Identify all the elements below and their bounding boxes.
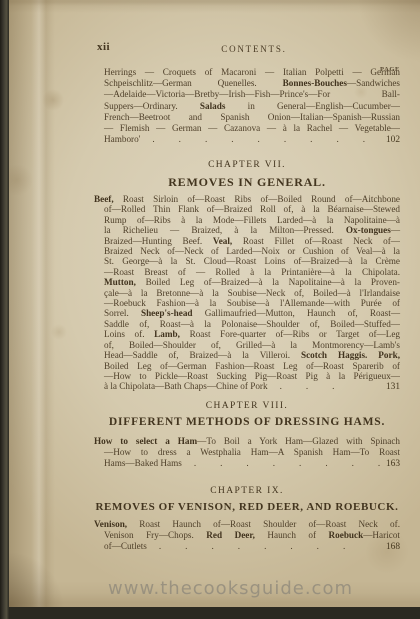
toc-line: of—Rolled Thin Flank of—Braized Roll of,… [104, 204, 400, 214]
toc-line: of—Cutlets........168 [104, 541, 400, 553]
toc-line: —How to Pickle—Roast Sucking Pig—Roast P… [104, 371, 400, 381]
chapter-vii-heading: CHAPTER VII. REMOVES IN GENERAL. [94, 160, 400, 190]
toc-line: Suppers—Ordinary. Salads in General—Engl… [104, 101, 400, 112]
book-page: xii CONTENTS. PAGE Herrings — Croquets o… [9, 0, 420, 607]
dot-leader: ........ [182, 458, 382, 469]
toc-line: Schpeischlitz—German Quenelles. Bonnes-B… [104, 78, 400, 89]
toc-line: Hams—Baked Hams........163 [104, 458, 400, 470]
toc-paragraph-venison: Venison, Roast Haunch of—Roast Shoulder … [104, 519, 400, 554]
toc-paragraph-continuation: Herrings — Croquets of Macaroni — Italia… [104, 67, 400, 146]
toc-line: —Roast Breast of — Rolled à la Printaniè… [104, 267, 400, 277]
toc-paragraph-removes-in-general: Beef, Roast Sirloin of—Roast Ribs of—Boi… [104, 194, 400, 393]
toc-line: —Roebuck Fashion—à la Soubise—à l'Allema… [104, 298, 400, 308]
page-number: 168 [382, 542, 400, 553]
toc-line: Beef, Roast Sirloin of—Roast Ribs of—Boi… [94, 194, 400, 204]
toc-line: Venison, Roast Haunch of—Roast Shoulder … [94, 519, 400, 530]
toc-line: —Adelaide—Victoria—Bretby—Irish—Fish—Pri… [104, 89, 400, 100]
chapter-ix-heading: CHAPTER IX. REMOVES OF VENISON, RED DEER… [94, 486, 400, 513]
dot-leader: ......... [140, 134, 382, 145]
toc-line: Hamboro'.........102 [104, 134, 400, 146]
toc-line: Sorrel. Sheep's-head Gallimaufried—Mutto… [104, 308, 400, 318]
chapter-viii-heading: CHAPTER VIII. DIFFERENT METHODS OF DRESS… [94, 401, 400, 428]
toc-line: — Flemish — German — Cazanova — à la Rac… [104, 123, 400, 134]
toc-line: Head—Saddle of, Braized—à la Villeroi. S… [104, 350, 400, 360]
chapter-number: CHAPTER IX. [94, 486, 400, 496]
toc-line: of, Boiled—Shoulder of, Grilled—à la Mon… [104, 340, 400, 350]
toc-line: Mutton, Boiled Leg of—Braized—à la Napol… [104, 277, 400, 287]
toc-line: Loins of. Lamb, Roast Fore-quarter of—Ri… [104, 329, 400, 339]
dot-leader: ........ [147, 541, 382, 552]
toc-line: Rump of—Ribs à la Mode—Fillets Larded—à … [104, 215, 400, 225]
book-spine-edge [0, 0, 9, 619]
chapter-number: CHAPTER VII. [94, 160, 400, 170]
toc-line: Braized Neck of—Neck of Larded—Noix or C… [104, 246, 400, 256]
running-title: CONTENTS. [104, 44, 404, 54]
toc-line: St. George—à la St. Cloud—Roast Loins of… [104, 256, 400, 266]
watermark: www.thecooksguide.com [9, 578, 420, 599]
toc-line: Boiled Leg of—German Fashion—Roast Leg o… [104, 361, 400, 371]
dot-leader: ... [268, 381, 382, 391]
toc-line: —How to dress a Westphalia Ham—A Spanish… [104, 447, 400, 458]
toc-line: Saddle of, Roast—à la Polonaise—Shoulder… [104, 319, 400, 329]
toc-line: çale—à la Bretonne—à la Soubise—Neck of,… [104, 288, 400, 298]
toc-line: Braized—Hunting Beef. Veal, Roast Fillet… [104, 236, 400, 246]
toc-line: How to select a Ham—To Boil a York Ham—G… [94, 436, 400, 447]
chapter-number: CHAPTER VIII. [94, 401, 400, 411]
toc-line: Herrings — Croquets of Macaroni — Italia… [104, 67, 400, 78]
toc-paragraph-dressing-hams: How to select a Ham—To Boil a York Ham—G… [104, 436, 400, 470]
page-bottom-edge [0, 606, 420, 619]
page-number: 163 [382, 459, 400, 470]
toc-line: la Richelieu — Braized, à la Milton—Pres… [104, 225, 400, 235]
toc-line: French—Beetroot and Spanish Onion—Italia… [104, 112, 400, 123]
chapter-title: REMOVES IN GENERAL. [94, 175, 400, 190]
toc-line: Venison Fry—Chops. Red Deer, Haunch of R… [104, 530, 400, 541]
toc-line: à la Chipolata—Bath Chaps—Chine of Pork.… [104, 381, 400, 392]
page-number: 131 [382, 382, 400, 392]
chapter-title: DIFFERENT METHODS OF DRESSING HAMS. [94, 416, 400, 428]
page-number: 102 [382, 135, 400, 146]
chapter-title: REMOVES OF VENISON, RED DEER, AND ROEBUC… [94, 501, 400, 513]
